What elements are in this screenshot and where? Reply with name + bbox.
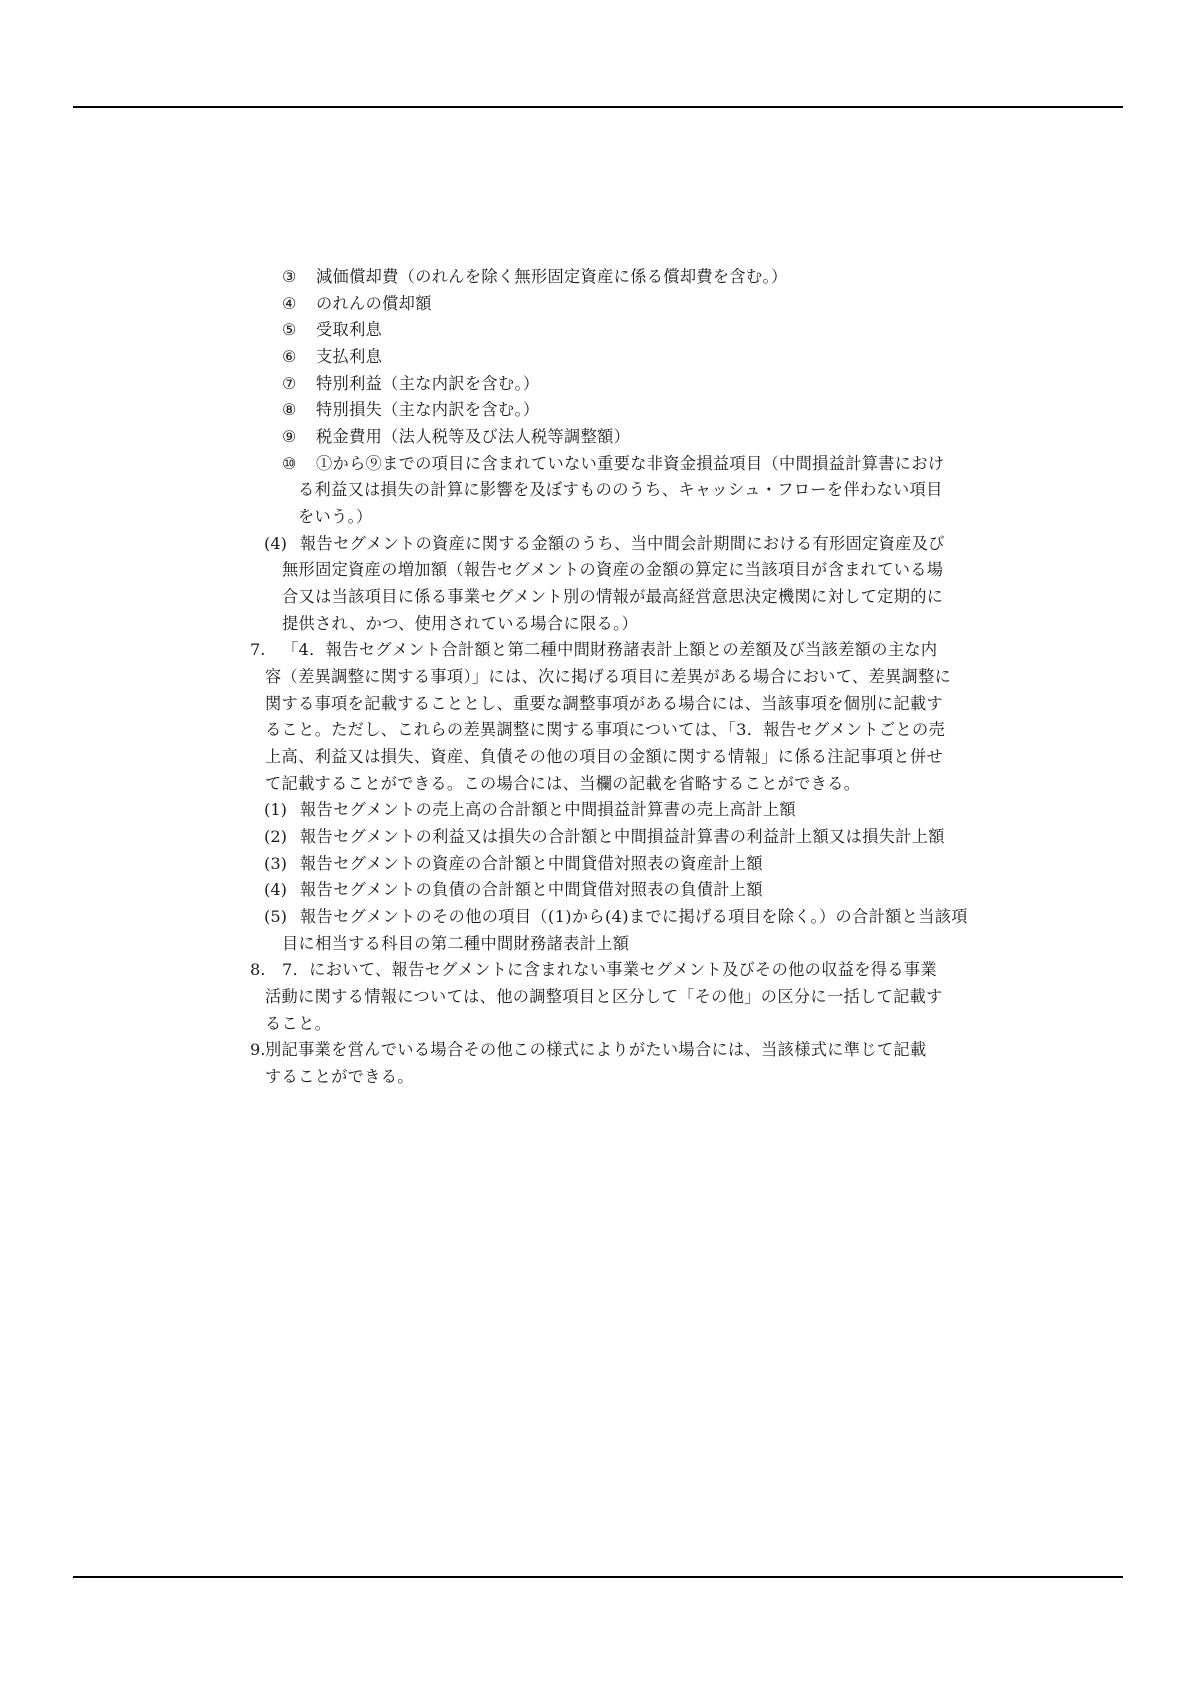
note-7-item-4-marker: (4) [264, 877, 287, 904]
note-7-item-1-text: 報告セグメントの売上高の合計額と中間損益計算書の売上高計上額 [300, 797, 796, 824]
note-7-item-5-line-1: 報告セグメントのその他の項目（(1)から(4)までに掲げる項目を除く。）の合計額… [300, 904, 968, 931]
sub-item-text-7: 特別利益（主な内訳を含む。） [316, 371, 539, 398]
sub-item-text-3: 減価償却費（のれんを除く無形固定資産に係る償却費を含む。） [316, 264, 788, 291]
note-7-item-5-marker: (5) [264, 904, 287, 931]
sub-item-text-9: 税金費用（法人税等及び法人税等調整額） [316, 424, 630, 451]
note-7-line-3: 関する事項を記載することとし、重要な調整事項がある場合には、当該事項を個別に記載… [265, 691, 943, 718]
item-4-line-2: 無形固定資産の増加額（報告セグメントの資産の金額の算定に当該項目が含まれている場 [282, 557, 943, 584]
sub-item-marker-8: ⑧ [282, 397, 297, 424]
note-7-line-1: 「4．報告セグメント合計額と第二種中間財務諸表計上額との差額及び当該差額の主な内 [282, 637, 937, 664]
note-8-line-2: 活動に関する情報については、他の調整項目と区分して「その他」の区分に一括して記載… [265, 984, 943, 1011]
note-7-item-2-text: 報告セグメントの利益又は損失の合計額と中間損益計算書の利益計上額又は損失計上額 [300, 824, 945, 851]
note-7-item-5-line-2: 目に相当する科目の第二種中間財務諸表計上額 [282, 931, 629, 958]
sub-item-text-6: 支払利息 [316, 344, 382, 371]
sub-item-marker-3: ③ [282, 264, 297, 291]
note-9-marker: 9. [250, 1037, 265, 1064]
footer-rule [73, 1576, 1123, 1578]
sub-item-marker-6: ⑥ [282, 344, 297, 371]
header-rule [73, 106, 1123, 108]
note-7-item-1-marker: (1) [264, 797, 287, 824]
note-8-marker: 8. [250, 957, 265, 984]
item-4-line-3: 合又は当該項目に係る事業セグメント別の情報が最高経営意思決定機関に対して定期的に [282, 584, 943, 611]
note-7-line-4: ること。ただし、これらの差異調整に関する事項については、「3．報告セグメントごと… [265, 717, 945, 744]
sub-item-text-10-line-1: ①から⑨までの項目に含まれていない重要な非資金損益項目（中間損益計算書におけ [316, 451, 944, 478]
sub-item-marker-7: ⑦ [282, 371, 297, 398]
note-9-line-2: することができる。 [265, 1064, 414, 1091]
sub-item-marker-4: ④ [282, 291, 297, 318]
item-4-line-1: 報告セグメントの資産に関する金額のうち、当中間会計期間における有形固定資産及び [300, 531, 945, 558]
note-9-line-1: 別記事業を営んでいる場合その他この様式によりがたい場合には、当該様式に準じて記載 [265, 1037, 927, 1064]
sub-item-text-4: のれんの償却額 [316, 291, 432, 318]
sub-item-text-8: 特別損失（主な内訳を含む。） [316, 397, 539, 424]
note-7-item-2-marker: (2) [264, 824, 287, 851]
note-7-item-3-marker: (3) [264, 851, 287, 878]
sub-item-marker-5: ⑤ [282, 317, 297, 344]
note-7-marker: 7. [250, 637, 265, 664]
sub-item-marker-9: ⑨ [282, 424, 297, 451]
sub-item-text-5: 受取利息 [316, 317, 382, 344]
sub-item-marker-10: ⑩ [282, 451, 297, 478]
item-4-line-4: 提供され、かつ、使用されている場合に限る。） [282, 611, 638, 638]
note-7-item-3-text: 報告セグメントの資産の合計額と中間貸借対照表の資産計上額 [300, 851, 763, 878]
note-7-item-4-text: 報告セグメントの負債の合計額と中間貸借対照表の負債計上額 [300, 877, 763, 904]
note-7-line-5: 上高、利益又は損失、資産、負債その他の項目の金額に関する情報」に係る注記事項と併… [265, 744, 943, 771]
note-8-line-3: ること。 [265, 1011, 331, 1038]
note-8-line-1: 7．において、報告セグメントに含まれない事業セグメント及びその他の収益を得る事業 [282, 957, 937, 984]
item-4-marker: (4) [264, 531, 287, 558]
note-7-line-2: 容（差異調整に関する事項）」には、次に掲げる項目に差異がある場合において、差異調… [265, 664, 951, 691]
note-7-line-6: て記載することができる。この場合には、当欄の記載を省略することができる。 [265, 771, 860, 798]
sub-item-text-10-line-3: をいう。） [298, 504, 373, 531]
sub-item-text-10-line-2: る利益又は損失の計算に影響を及ぼすもののうち、キャッシュ・フローを伴わない項目 [298, 477, 943, 504]
